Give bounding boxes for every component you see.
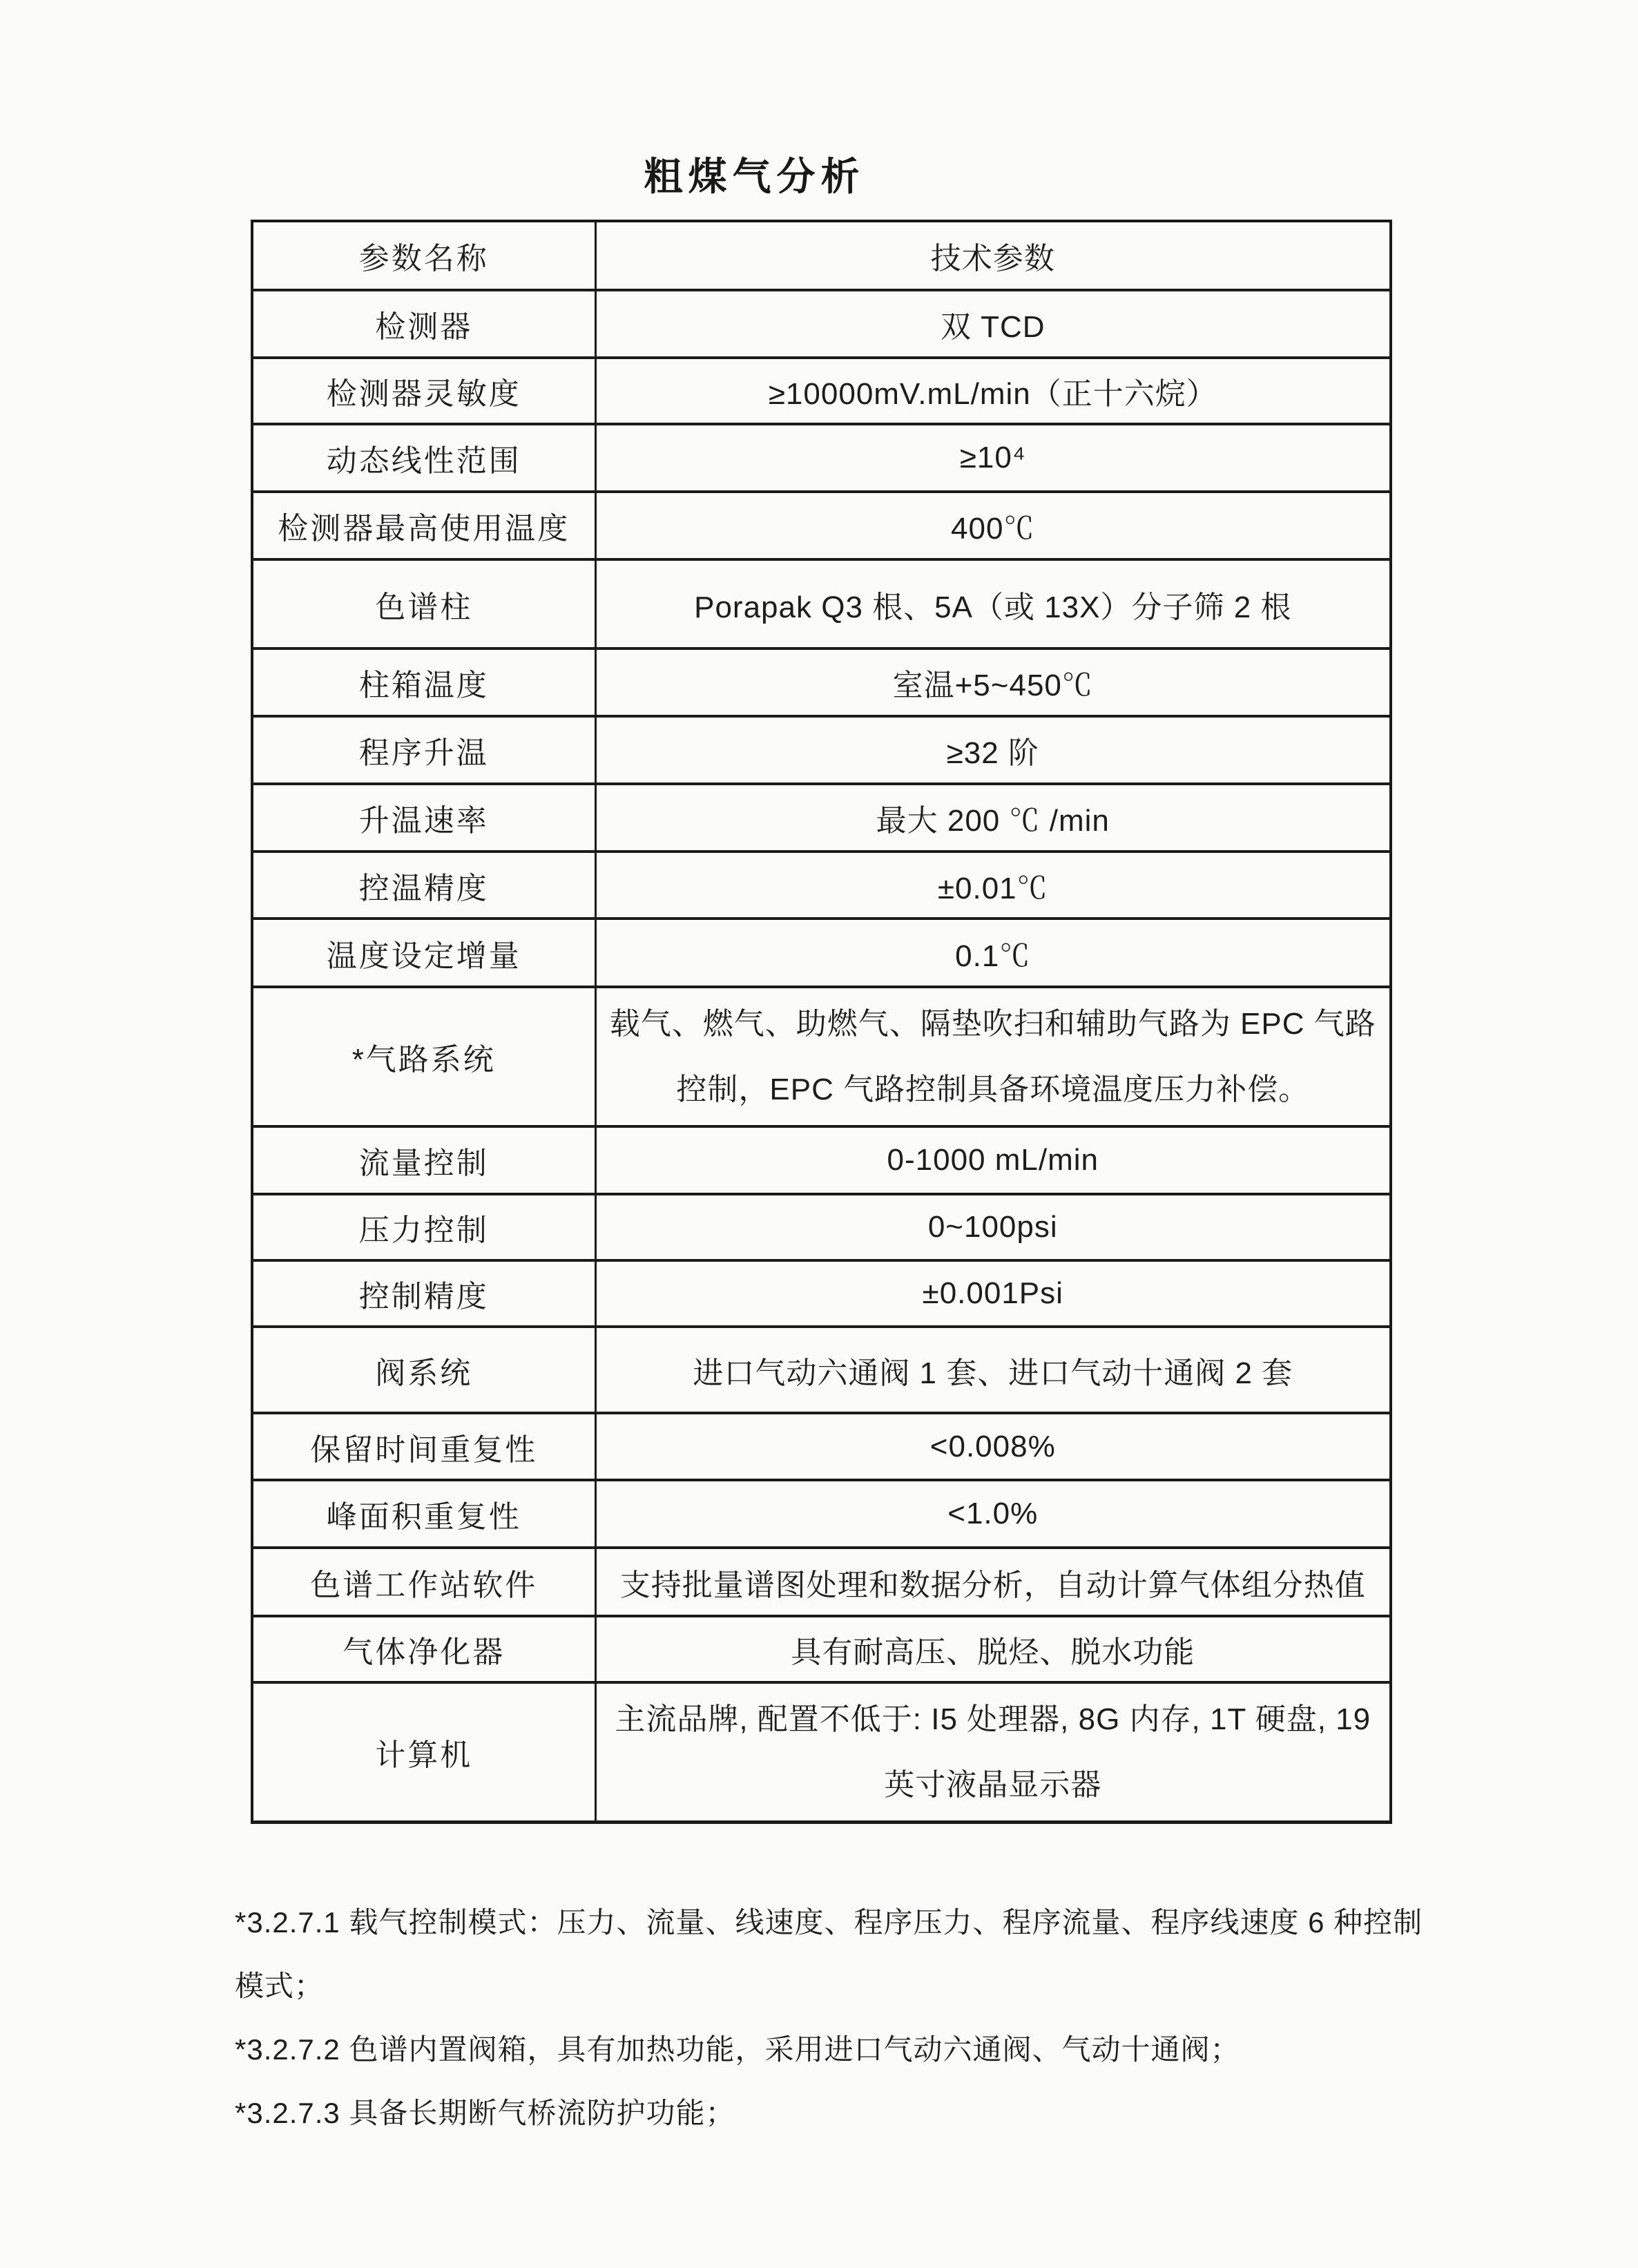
- param-cell: *气路系统: [252, 987, 595, 1126]
- table-row: 色谱柱 Porapak Q3 根、5A（或 13X）分子筛 2 根: [252, 559, 1391, 648]
- value-cell: 双 TCD: [595, 290, 1391, 358]
- table-row-computer: 计算机 主流品牌, 配置不低于: I5 处理器, 8G 内存, 1T 硬盘, 1…: [252, 1682, 1391, 1823]
- footnote-3272: *3.2.7.2 色谱内置阀箱，具有加热功能，采用进口气动六通阀、气动十通阀；: [235, 2018, 1429, 2082]
- table-row: 升温速率 最大 200 ℃ /min: [252, 784, 1391, 852]
- value-cell: Porapak Q3 根、5A（或 13X）分子筛 2 根: [595, 559, 1391, 648]
- value-cell: 载气、燃气、助燃气、隔垫吹扫和辅助气路为 EPC 气路控制，EPC 气路控制具备…: [595, 987, 1391, 1126]
- table-row: 流量控制 0-1000 mL/min: [252, 1126, 1391, 1194]
- value-cell: 具有耐高压、脱烃、脱水功能: [595, 1616, 1391, 1682]
- table-row: 动态线性范围 ≥10⁴: [252, 424, 1391, 492]
- footnotes-block: *3.2.7.1 载气控制模式：压力、流量、线速度、程序压力、程序流量、程序线速…: [235, 1891, 1429, 2145]
- param-cell: 动态线性范围: [252, 424, 595, 492]
- param-cell: 色谱柱: [252, 559, 595, 648]
- table-row: 保留时间重复性 <0.008%: [252, 1413, 1391, 1480]
- value-cell: 进口气动六通阀 1 套、进口气动十通阀 2 套: [595, 1327, 1391, 1413]
- value-cell: 主流品牌, 配置不低于: I5 处理器, 8G 内存, 1T 硬盘, 19 英寸…: [595, 1682, 1391, 1823]
- table-row: 峰面积重复性 <1.0%: [252, 1480, 1391, 1548]
- table-row: 检测器灵敏度 ≥10000mV.mL/min（正十六烷）: [252, 358, 1391, 424]
- param-cell: 检测器最高使用温度: [252, 492, 595, 559]
- value-cell: 最大 200 ℃ /min: [595, 784, 1391, 852]
- param-cell: 峰面积重复性: [252, 1480, 595, 1548]
- scanned-document-page: 粗煤气分析 参数名称 技术参数 检测器 双 TCD 检测器灵敏度 ≥10000m…: [0, 0, 1638, 2268]
- value-cell: 0-1000 mL/min: [595, 1126, 1391, 1194]
- value-cell: 0.1℃: [595, 919, 1391, 987]
- footnote-3273: *3.2.7.3 具备长期断气桥流防护功能；: [235, 2082, 1429, 2145]
- table-header-row: 参数名称 技术参数: [252, 221, 1391, 290]
- value-cell: ±0.001Psi: [595, 1260, 1391, 1327]
- table-row: 检测器最高使用温度 400℃: [252, 492, 1391, 559]
- value-header-cell: 技术参数: [595, 221, 1391, 290]
- value-cell: 室温+5~450℃: [595, 648, 1391, 716]
- param-cell: 保留时间重复性: [252, 1413, 595, 1480]
- param-cell: 流量控制: [252, 1126, 595, 1194]
- page-title: 粗煤气分析: [185, 146, 1324, 202]
- table-row-gas-system: *气路系统 载气、燃气、助燃气、隔垫吹扫和辅助气路为 EPC 气路控制，EPC …: [252, 987, 1391, 1126]
- param-cell: 程序升温: [252, 716, 595, 784]
- value-cell: 支持批量谱图处理和数据分析，自动计算气体组分热值: [595, 1548, 1391, 1616]
- value-cell: ±0.01℃: [595, 852, 1391, 919]
- table-row: 控温精度 ±0.01℃: [252, 852, 1391, 919]
- spec-table: 参数名称 技术参数 检测器 双 TCD 检测器灵敏度 ≥10000mV.mL/m…: [251, 220, 1392, 1824]
- param-header-cell: 参数名称: [252, 221, 595, 290]
- table-row: 柱箱温度 室温+5~450℃: [252, 648, 1391, 716]
- value-cell: 0~100psi: [595, 1194, 1391, 1260]
- table-row: 阀系统 进口气动六通阀 1 套、进口气动十通阀 2 套: [252, 1327, 1391, 1413]
- param-cell: 检测器灵敏度: [252, 358, 595, 424]
- table-row: 控制精度 ±0.001Psi: [252, 1260, 1391, 1327]
- table-row: 检测器 双 TCD: [252, 290, 1391, 358]
- param-cell: 升温速率: [252, 784, 595, 852]
- value-cell: <0.008%: [595, 1413, 1391, 1480]
- param-cell: 温度设定增量: [252, 919, 595, 987]
- param-cell: 检测器: [252, 290, 595, 358]
- table-row: 程序升温 ≥32 阶: [252, 716, 1391, 784]
- value-cell: 400℃: [595, 492, 1391, 559]
- value-cell: ≥10000mV.mL/min（正十六烷）: [595, 358, 1391, 424]
- value-cell: <1.0%: [595, 1480, 1391, 1548]
- param-cell: 柱箱温度: [252, 648, 595, 716]
- param-cell: 控制精度: [252, 1260, 595, 1327]
- table-row: 气体净化器 具有耐高压、脱烃、脱水功能: [252, 1616, 1391, 1682]
- param-cell: 控温精度: [252, 852, 595, 919]
- param-cell: 阀系统: [252, 1327, 595, 1413]
- table-row: 色谱工作站软件 支持批量谱图处理和数据分析，自动计算气体组分热值: [252, 1548, 1391, 1616]
- footnote-3271: *3.2.7.1 载气控制模式：压力、流量、线速度、程序压力、程序流量、程序线速…: [235, 1891, 1429, 2018]
- param-cell: 计算机: [252, 1682, 595, 1823]
- table-row: 温度设定增量 0.1℃: [252, 919, 1391, 987]
- param-cell: 气体净化器: [252, 1616, 595, 1682]
- value-cell: ≥32 阶: [595, 716, 1391, 784]
- value-cell: ≥10⁴: [595, 424, 1391, 492]
- param-cell: 压力控制: [252, 1194, 595, 1260]
- param-cell: 色谱工作站软件: [252, 1548, 595, 1616]
- table-row: 压力控制 0~100psi: [252, 1194, 1391, 1260]
